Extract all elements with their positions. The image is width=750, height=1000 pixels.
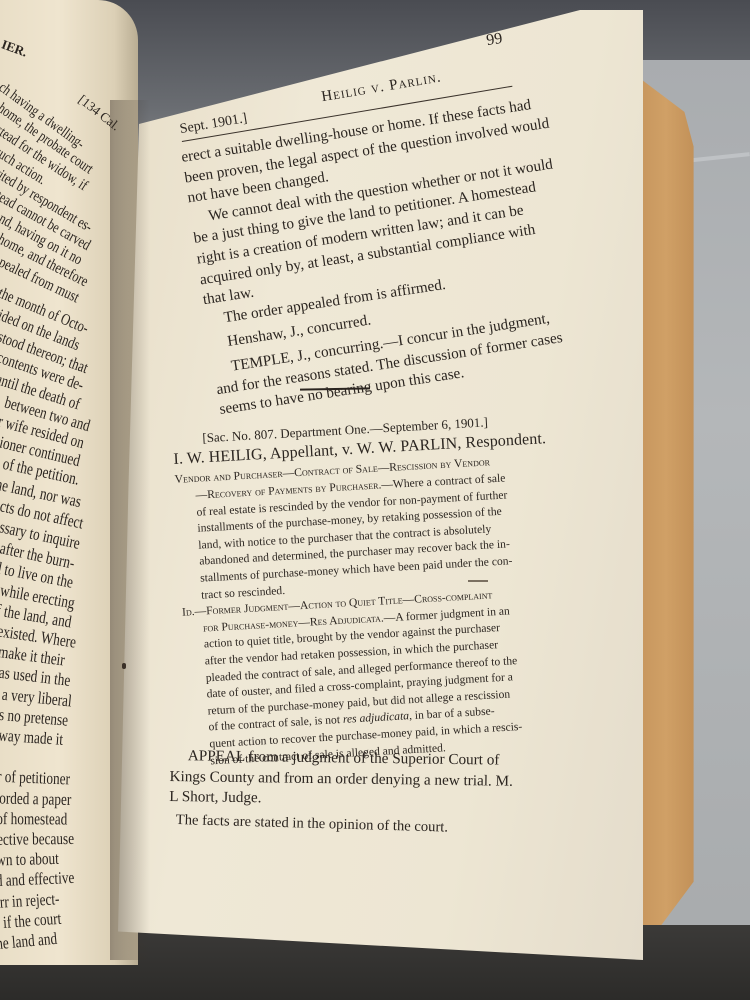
case-heading: [Sac. No. 807. Department One.—September…	[172, 411, 562, 770]
ink-mark	[468, 580, 488, 582]
headnote-line: , in bar of a subse-	[409, 705, 495, 723]
page-speck	[122, 663, 126, 669]
opinion-conclusion: erect a suitable dwelling-house or home.…	[180, 98, 552, 421]
facts-statement: The facts are stated in the opinion of t…	[176, 812, 506, 838]
right-page-content: Sept. 1901.] Heilig v. Parlin. 99 erect …	[0, 0, 750, 1000]
headnote-2: Id.—Former Judgment—Action to Quiet Titl…	[182, 584, 563, 770]
res-adjudicata-italic: res adjudicata	[343, 710, 410, 727]
headnote-1: Vendor and Purchaser—Contract of Sale—Re…	[174, 452, 553, 605]
running-head-date: Sept. 1901.]	[179, 111, 249, 138]
appeal-statement: APPEAL from a judgment of the Superior C…	[169, 746, 550, 813]
page-number: 99	[485, 30, 504, 50]
